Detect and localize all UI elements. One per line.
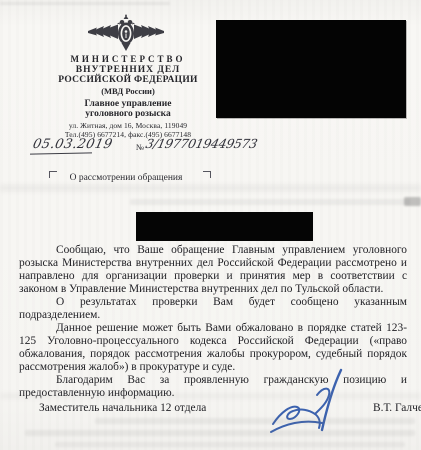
ministry-abbr-line: (МВД России): [26, 86, 230, 96]
signer-position-title: Заместитель начальника 12 отдела: [39, 402, 206, 414]
address-line: ул. Житная, дом 16, Москва, 119049: [26, 121, 230, 130]
handwritten-reference-number: 3/1977019449573: [144, 136, 258, 151]
scan-artifact: [0, 2, 170, 5]
scan-artifact: [25, 430, 415, 436]
mvd-double-headed-eagle-icon: [87, 14, 165, 52]
handwritten-signature-icon: [265, 362, 350, 447]
department-line: уголовного розыска: [26, 109, 230, 119]
scan-artifact: [404, 197, 421, 206]
redaction-box-salutation: [136, 212, 313, 241]
scan-artifact: [0, 184, 421, 192]
letterhead: МИНИСТЕРСТВО ВНУТРЕННИХ ДЕЛ РОССИЙСКОЙ Ф…: [26, 54, 230, 139]
body-paragraph: О результатах проверки Вам будет сообщен…: [19, 296, 407, 322]
date-underline: [30, 152, 92, 154]
scan-artifact: [95, 418, 415, 424]
scanned-letter-page: МИНИСТЕРСТВО ВНУТРЕННИХ ДЕЛ РОССИЙСКОЙ Ф…: [0, 0, 421, 450]
ministry-name-line: ВНУТРЕННИХ ДЕЛ: [26, 65, 230, 75]
corner-bracket-right-icon: [203, 171, 211, 178]
scan-artifact: [55, 442, 405, 447]
signer-name: В.Т. Галчев: [373, 402, 421, 414]
redaction-box-addressee: [216, 20, 406, 118]
body-paragraph: Сообщаю, что Ваше обращение Главным упра…: [19, 244, 407, 296]
corner-bracket-left-icon: [49, 171, 57, 178]
handwritten-date: 05.03.2019: [31, 137, 114, 152]
ministry-name-line: МИНИСТЕРСТВО: [26, 54, 230, 64]
subject-line: О рассмотрении обращения: [58, 173, 194, 183]
scan-artifact: [130, 199, 410, 205]
department-line: Главное управление: [26, 99, 230, 109]
number-sign-label: №: [136, 142, 144, 152]
ministry-name-line: РОССИЙСКОЙ ФЕДЕРАЦИИ: [26, 75, 230, 85]
